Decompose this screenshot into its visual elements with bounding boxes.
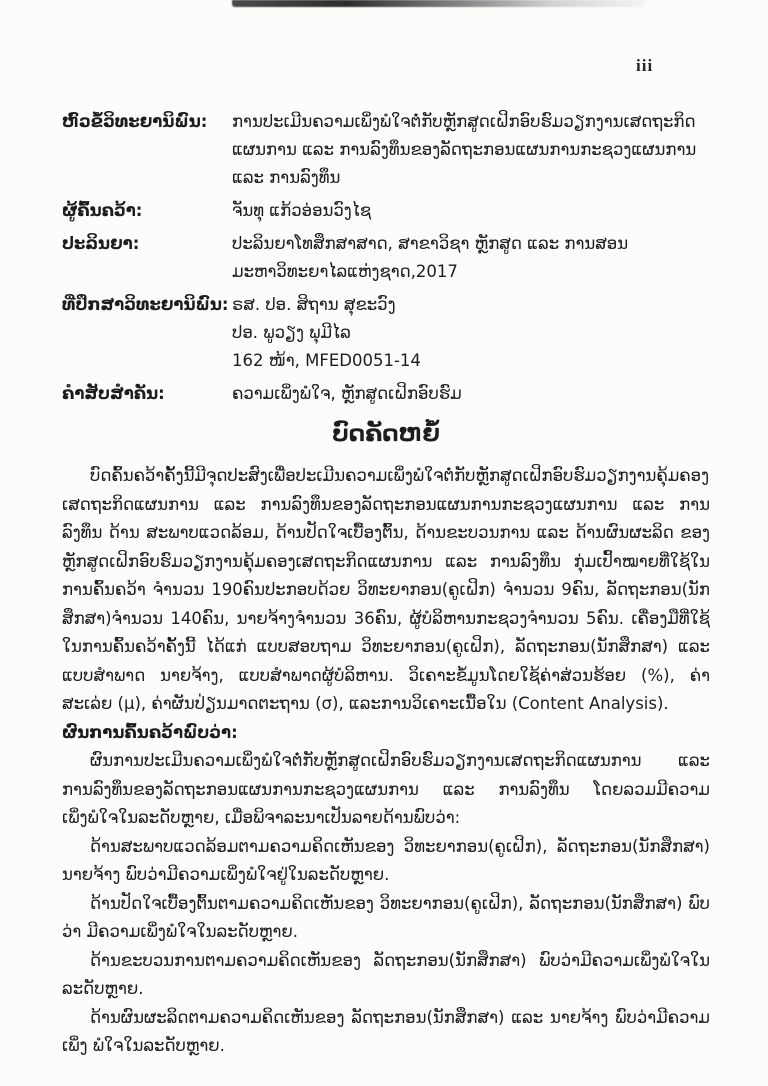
metadata-label: ຄຳສັບສຳຄັນ:	[62, 380, 232, 408]
metadata-value: ການປະເມີນຄວາມເພິ່ງພໍໃຈຕໍ່ກັບຫຼັກສູດເຝິກອ…	[232, 108, 710, 192]
metadata-value-line: ປອ. ພູວຽງ ພຸມີໄລ	[232, 319, 710, 347]
scanned-document-page: { "page_number": "iii", "colors": { "tex…	[0, 0, 768, 1086]
metadata-value-line: ຄວາມເພິ່ງພໍໃຈ, ຫຼັກສູດເຝິກອົບຮົມ	[232, 380, 710, 408]
metadata-label: ທີ່ປຶກສາວິທະຍານິພົນ:	[62, 291, 232, 319]
abstract-body: ບົດຄົ້ນຄວ້າຄັ້ງນີ້ມີຈຸດປະສົງເພື່ອປະເມີນຄ…	[62, 462, 710, 1061]
metadata-value: ປະລິນຍາໂທສຶກສາສາດ, ສາຂາວິຊາ ຫຼັກສູດ ແລະ …	[232, 230, 710, 286]
metadata-block: ຫົວຂໍ້ວິທະຍານິພົນ:ການປະເມີນຄວາມເພິ່ງພໍໃຈ…	[62, 108, 710, 408]
abstract-paragraph: ຜົນການປະເມີນຄວາມເພິ່ງພໍໃຈຕໍ່ກັບຫຼັກສູດເຝ…	[62, 747, 710, 833]
metadata-value: ຈັນທຸ ແກ້ວອ່ອນວົງໄຊ	[232, 197, 710, 225]
metadata-value-line: ປະລິນຍາໂທສຶກສາສາດ, ສາຂາວິຊາ ຫຼັກສູດ ແລະ …	[232, 230, 710, 258]
metadata-value-line: 162 ໜ້າ, MFED0051-14	[232, 347, 710, 375]
metadata-row: ຄຳສັບສຳຄັນ:ຄວາມເພິ່ງພໍໃຈ, ຫຼັກສູດເຝິກອົບ…	[62, 380, 710, 408]
metadata-row: ຫົວຂໍ້ວິທະຍານິພົນ:ການປະເມີນຄວາມເພິ່ງພໍໃຈ…	[62, 108, 710, 192]
metadata-value-line: ແຜນການ ແລະ ການລົງທຶນຂອງລັດຖະກອນແຜນການກະຊ…	[232, 136, 710, 164]
metadata-value-line: ແລະ ການລົງທຶນ	[232, 164, 710, 192]
metadata-value: ຄວາມເພິ່ງພໍໃຈ, ຫຼັກສູດເຝິກອົບຮົມ	[232, 380, 710, 408]
abstract-heading: ບົດຄັດຫຍໍ້	[62, 419, 710, 449]
metadata-row: ຜູ້ຄົ້ນຄວ້າ:ຈັນທຸ ແກ້ວອ່ອນວົງໄຊ	[62, 197, 710, 225]
abstract-paragraph: ດ້ານສະພາບແວດລ້ອມຕາມຄວາມຄິດເຫັນຂອງ ວິທະຍາ…	[62, 833, 710, 890]
metadata-row: ທີ່ປຶກສາວິທະຍານິພົນ:ຣສ. ປອ. ສິຖານ ສຸຂະວົ…	[62, 291, 710, 375]
metadata-value-line: ການປະເມີນຄວາມເພິ່ງພໍໃຈຕໍ່ກັບຫຼັກສູດເຝິກອ…	[232, 108, 710, 136]
scan-edge-artifact	[232, 0, 644, 7]
metadata-row: ປະລິນຍາ:ປະລິນຍາໂທສຶກສາສາດ, ສາຂາວິຊາ ຫຼັກ…	[62, 230, 710, 286]
findings-heading: ຜົນການຄົ້ນຄວ້າພົບວ່າ:	[62, 719, 710, 748]
page-number: iii	[636, 56, 653, 76]
page-content: ຫົວຂໍ້ວິທະຍານິພົນ:ການປະເມີນຄວາມເພິ່ງພໍໃຈ…	[0, 108, 768, 1061]
metadata-value-line: ຈັນທຸ ແກ້ວອ່ອນວົງໄຊ	[232, 197, 710, 225]
abstract-paragraph: ດ້ານຂະບວນການຕາມຄວາມຄິດເຫັນຂອງ ລັດຖະກອນ(ນ…	[62, 947, 710, 1004]
abstract-paragraph: ດ້ານປັດໃຈເບື້ອງຕົ້ນຕາມຄວາມຄິດເຫັນຂອງ ວິທ…	[62, 890, 710, 947]
abstract-paragraph: ບົດຄົ້ນຄວ້າຄັ້ງນີ້ມີຈຸດປະສົງເພື່ອປະເມີນຄ…	[62, 462, 710, 719]
metadata-label: ຜູ້ຄົ້ນຄວ້າ:	[62, 197, 232, 225]
metadata-value-line: ຣສ. ປອ. ສິຖານ ສຸຂະວົງ	[232, 291, 710, 319]
abstract-paragraph: ດ້ານຜົນຜະລິດຕາມຄວາມຄິດເຫັນຂອງ ລັດຖະກອນ(ນ…	[62, 1004, 710, 1061]
metadata-value-line: ມະຫາວິທະຍາໄລແຫ່ງຊາດ,2017	[232, 258, 710, 286]
metadata-label: ຫົວຂໍ້ວິທະຍານິພົນ:	[62, 108, 232, 136]
metadata-value: ຣສ. ປອ. ສິຖານ ສຸຂະວົງປອ. ພູວຽງ ພຸມີໄລ162…	[232, 291, 710, 375]
metadata-label: ປະລິນຍາ:	[62, 230, 232, 258]
